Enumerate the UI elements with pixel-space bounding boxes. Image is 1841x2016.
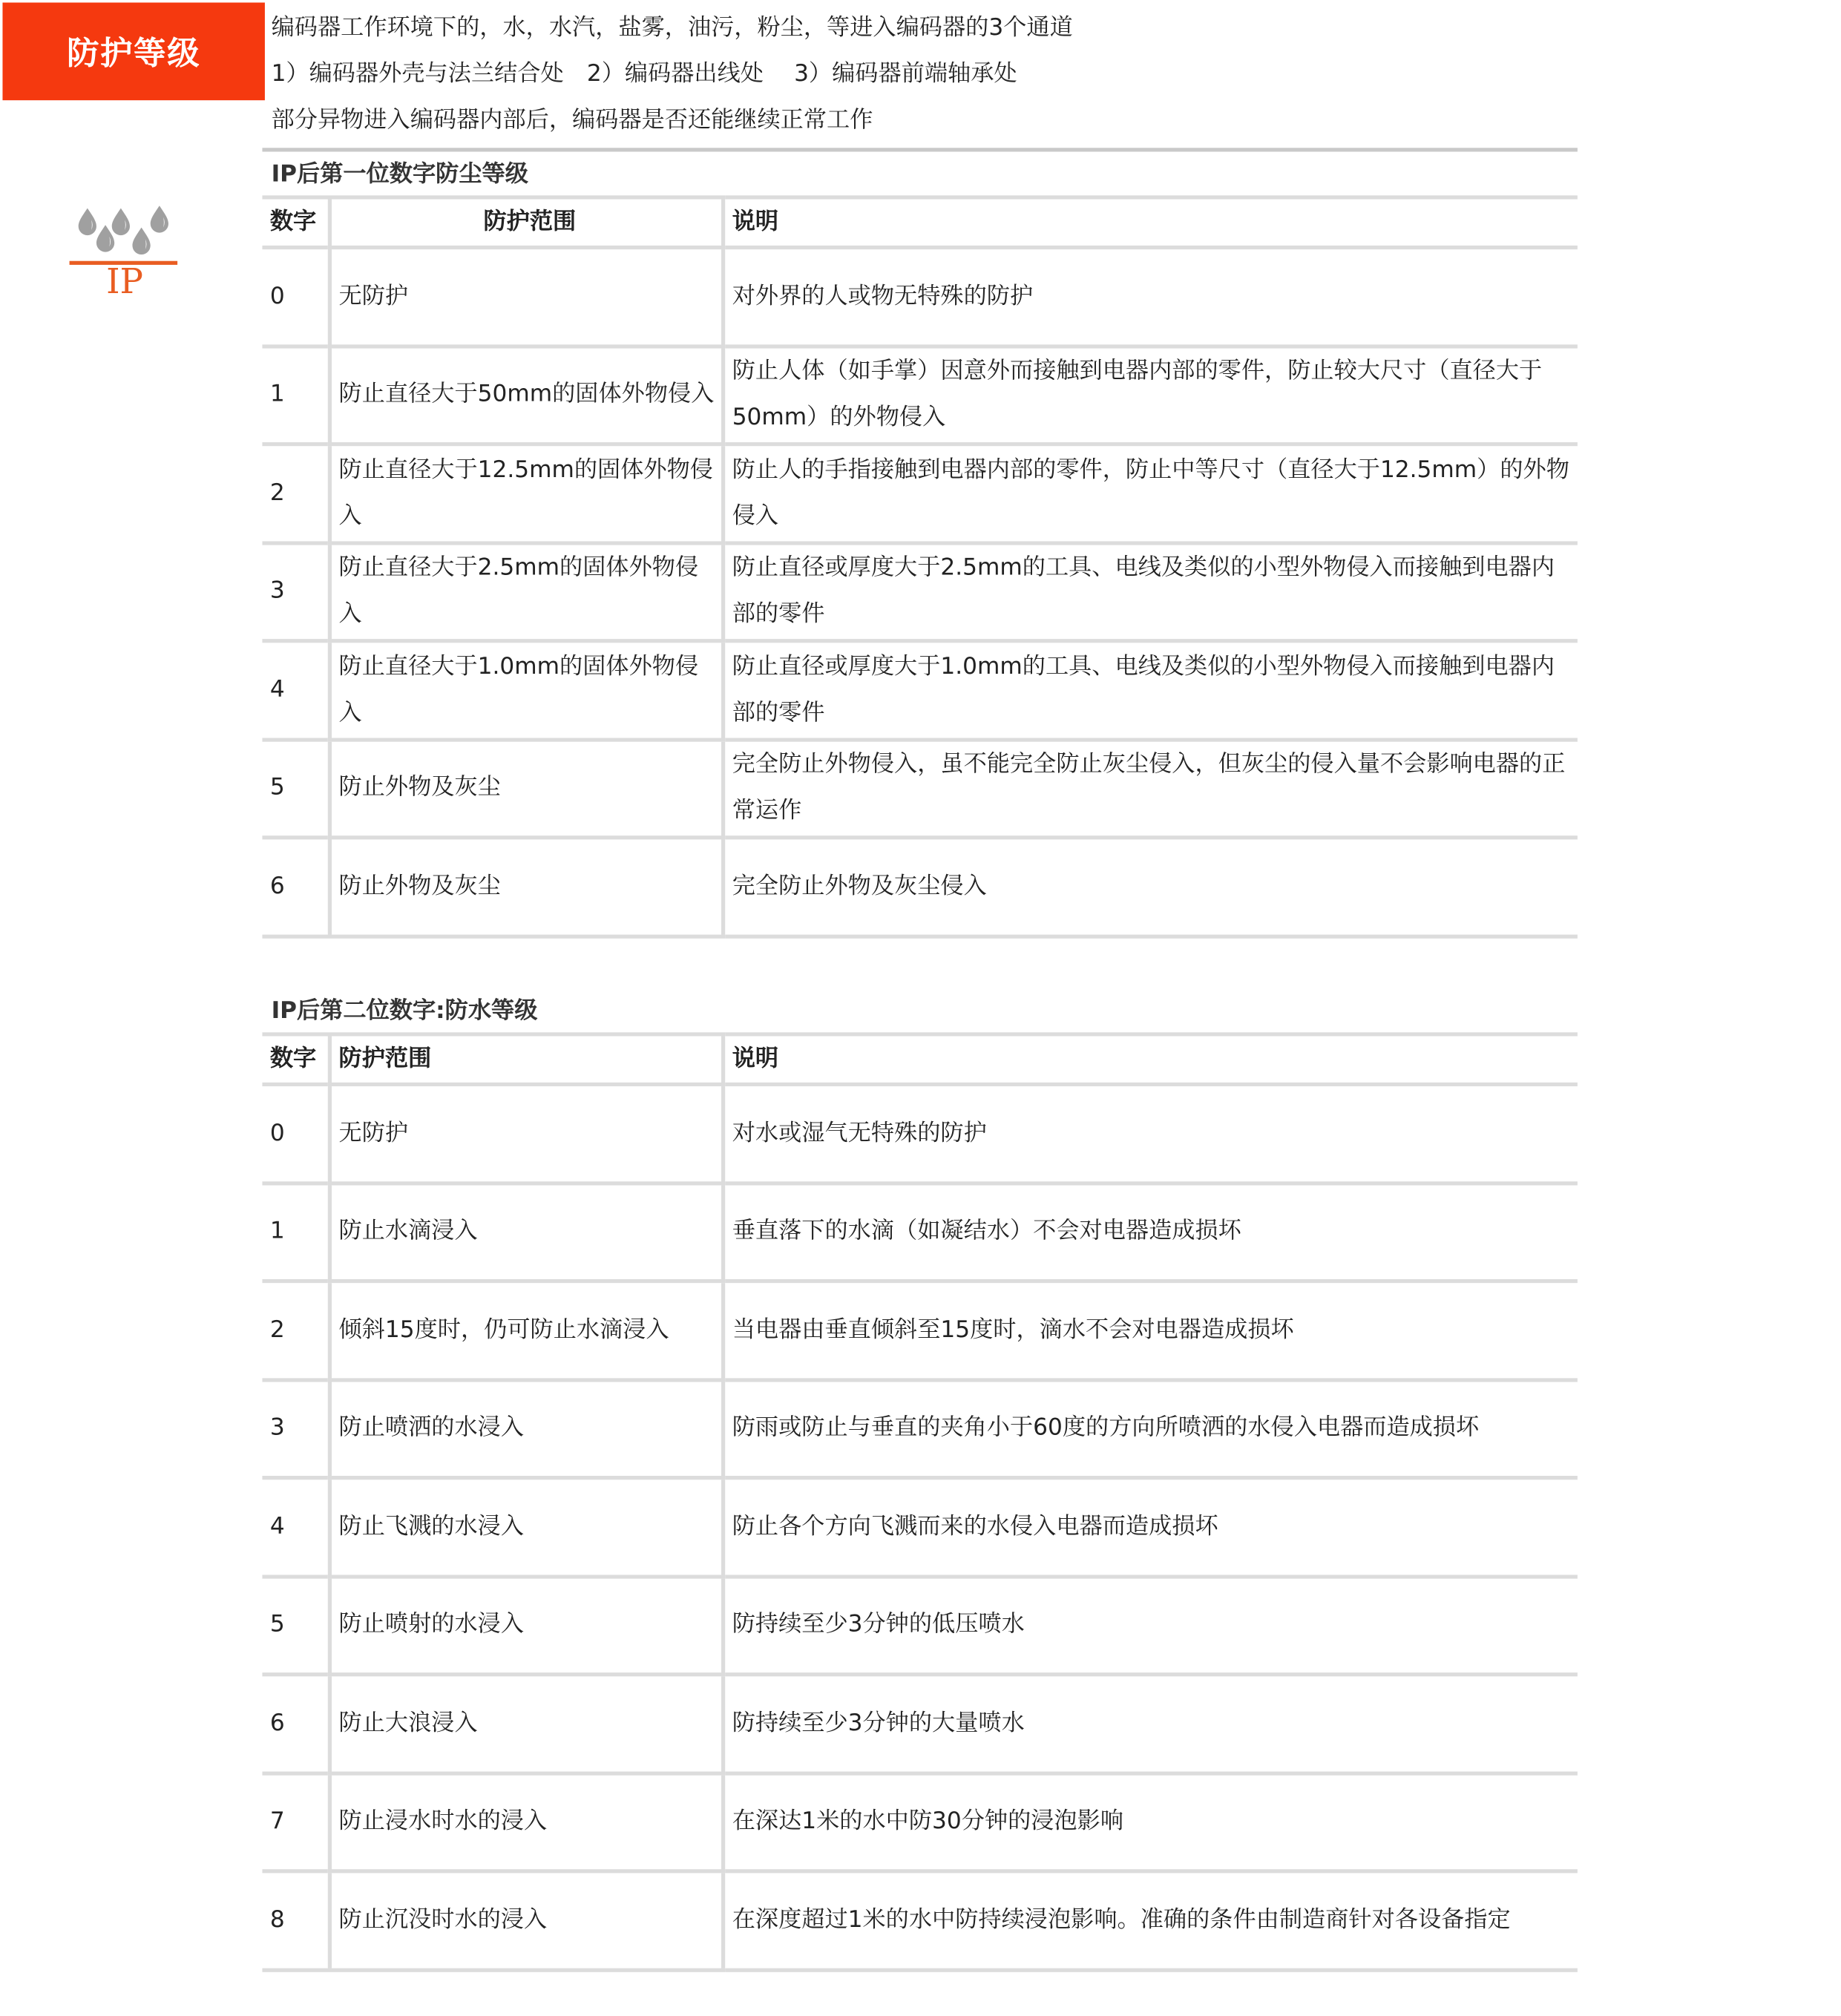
range-cell: 防止喷射的水浸入 <box>329 1576 723 1675</box>
desc-cell: 对水或湿气无特殊的防护 <box>723 1084 1578 1183</box>
divider <box>262 148 1577 151</box>
desc-cell: 防持续至少3分钟的低压喷水 <box>723 1576 1578 1675</box>
digit-cell: 6 <box>262 1675 329 1773</box>
digit-cell: 2 <box>262 444 329 543</box>
table-row: 6 防止大浪浸入 防持续至少3分钟的大量喷水 <box>262 1675 1577 1773</box>
range-cell: 防止直径大于12.5mm的固体外物侵入 <box>329 444 723 543</box>
range-cell: 防止水滴浸入 <box>329 1183 723 1281</box>
range-cell: 防止外物及灰尘 <box>329 838 723 936</box>
digit-cell: 1 <box>262 346 329 444</box>
digit-cell: 3 <box>262 542 329 641</box>
desc-cell: 完全防止外物侵入，虽不能完全防止灰尘侵入，但灰尘的侵入量不会影响电器的正常运作 <box>723 739 1578 838</box>
desc-cell: 防雨或防止与垂直的夹角小于60度的方向所喷洒的水侵入电器而造成损坏 <box>723 1379 1578 1478</box>
desc-cell: 在深度超过1米的水中防持续浸泡影响。准确的条件由制造商针对各设备指定 <box>723 1871 1578 1970</box>
range-cell: 防止飞溅的水浸入 <box>329 1478 723 1577</box>
desc-cell: 防止人体（如手掌）因意外而接触到电器内部的零件，防止较大尺寸（直径大于50mm）… <box>723 346 1578 444</box>
table-row: 4 防止直径大于1.0mm的固体外物侵入 防止直径或厚度大于1.0mm的工具、电… <box>262 641 1577 740</box>
header-digit: 数字 <box>262 197 329 248</box>
range-cell: 无防护 <box>329 248 723 347</box>
digit-cell: 0 <box>262 248 329 347</box>
digit-cell: 4 <box>262 641 329 740</box>
dust-table-title: IP后第一位数字防尘等级 <box>272 156 528 189</box>
table-row: 1 防止直径大于50mm的固体外物侵入 防止人体（如手掌）因意外而接触到电器内部… <box>262 346 1577 444</box>
digit-cell: 8 <box>262 1871 329 1970</box>
range-cell: 防止浸水时水的浸入 <box>329 1773 723 1871</box>
table-header-row: 数字 防护范围 说明 <box>262 197 1577 248</box>
desc-cell: 当电器由垂直倾斜至15度时，滴水不会对电器造成损坏 <box>723 1281 1578 1380</box>
intro-line-1: 编码器工作环境下的，水，水汽，盐雾，油污，粉尘，等进入编码器的3个通道 <box>272 9 1073 42</box>
digit-cell: 5 <box>262 739 329 838</box>
range-cell: 倾斜15度时，仍可防止水滴浸入 <box>329 1281 723 1380</box>
table-row: 5 防止喷射的水浸入 防持续至少3分钟的低压喷水 <box>262 1576 1577 1675</box>
desc-cell: 在深达1米的水中防30分钟的浸泡影响 <box>723 1773 1578 1871</box>
digit-cell: 5 <box>262 1576 329 1675</box>
table-row: 3 防止直径大于2.5mm的固体外物侵入 防止直径或厚度大于2.5mm的工具、电… <box>262 542 1577 641</box>
desc-cell: 防止直径或厚度大于2.5mm的工具、电线及类似的小型外物侵入而接触到电器内部的零… <box>723 542 1578 641</box>
ip-water-drops-icon: IP <box>67 203 183 306</box>
table-row: 2 倾斜15度时，仍可防止水滴浸入 当电器由垂直倾斜至15度时，滴水不会对电器造… <box>262 1281 1577 1380</box>
range-cell: 防止沉没时水的浸入 <box>329 1871 723 1970</box>
desc-cell: 防止人的手指接触到电器内部的零件，防止中等尺寸（直径大于12.5mm）的外物侵入 <box>723 444 1578 543</box>
header-digit: 数字 <box>262 1034 329 1085</box>
digit-cell: 6 <box>262 838 329 936</box>
dust-protection-table: 数字 防护范围 说明 0 无防护 对外界的人或物无特殊的防护 1 防止直径大于5… <box>262 195 1577 938</box>
header-desc: 说明 <box>723 197 1578 248</box>
desc-cell: 防持续至少3分钟的大量喷水 <box>723 1675 1578 1773</box>
ip-label: IP <box>67 262 183 302</box>
header-range: 防护范围 <box>329 197 723 248</box>
digit-cell: 7 <box>262 1773 329 1871</box>
table-row: 1 防止水滴浸入 垂直落下的水滴（如凝结水）不会对电器造成损坏 <box>262 1183 1577 1281</box>
table-row: 6 防止外物及灰尘 完全防止外物及灰尘侵入 <box>262 838 1577 936</box>
desc-cell: 垂直落下的水滴（如凝结水）不会对电器造成损坏 <box>723 1183 1578 1281</box>
table-header-row: 数字 防护范围 说明 <box>262 1034 1577 1085</box>
intro-line-3: 部分异物进入编码器内部后，编码器是否还能继续正常工作 <box>272 102 873 135</box>
table-row: 8 防止沉没时水的浸入 在深度超过1米的水中防持续浸泡影响。准确的条件由制造商针… <box>262 1871 1577 1970</box>
desc-cell: 完全防止外物及灰尘侵入 <box>723 838 1578 936</box>
header-range: 防护范围 <box>329 1034 723 1085</box>
banner-title: 防护等级 <box>67 28 200 74</box>
intro-line-2: 1）编码器外壳与法兰结合处 2）编码器出线处 3）编码器前端轴承处 <box>272 56 1017 89</box>
digit-cell: 2 <box>262 1281 329 1380</box>
page: 防护等级 编码器工作环境下的，水，水汽，盐雾，油污，粉尘，等进入编码器的3个通道… <box>0 0 1841 2016</box>
table-row: 3 防止喷洒的水浸入 防雨或防止与垂直的夹角小于60度的方向所喷洒的水侵入电器而… <box>262 1379 1577 1478</box>
water-table-title: IP后第二位数字:防水等级 <box>272 993 538 1026</box>
header-desc: 说明 <box>723 1034 1578 1085</box>
desc-cell: 防止直径或厚度大于1.0mm的工具、电线及类似的小型外物侵入而接触到电器内部的零… <box>723 641 1578 740</box>
range-cell: 防止喷洒的水浸入 <box>329 1379 723 1478</box>
desc-cell: 对外界的人或物无特殊的防护 <box>723 248 1578 347</box>
section-banner: 防护等级 <box>2 2 264 100</box>
table-row: 7 防止浸水时水的浸入 在深达1米的水中防30分钟的浸泡影响 <box>262 1773 1577 1871</box>
table-row: 0 无防护 对水或湿气无特殊的防护 <box>262 1084 1577 1183</box>
desc-cell: 防止各个方向飞溅而来的水侵入电器而造成损坏 <box>723 1478 1578 1577</box>
range-cell: 防止直径大于50mm的固体外物侵入 <box>329 346 723 444</box>
digit-cell: 4 <box>262 1478 329 1577</box>
water-drops-icon <box>67 203 183 261</box>
table-row: 5 防止外物及灰尘 完全防止外物侵入，虽不能完全防止灰尘侵入，但灰尘的侵入量不会… <box>262 739 1577 838</box>
digit-cell: 0 <box>262 1084 329 1183</box>
range-cell: 防止直径大于1.0mm的固体外物侵入 <box>329 641 723 740</box>
table-row: 4 防止飞溅的水浸入 防止各个方向飞溅而来的水侵入电器而造成损坏 <box>262 1478 1577 1577</box>
range-cell: 防止直径大于2.5mm的固体外物侵入 <box>329 542 723 641</box>
digit-cell: 3 <box>262 1379 329 1478</box>
table-row: 0 无防护 对外界的人或物无特殊的防护 <box>262 248 1577 347</box>
range-cell: 防止大浪浸入 <box>329 1675 723 1773</box>
table-row: 2 防止直径大于12.5mm的固体外物侵入 防止人的手指接触到电器内部的零件，防… <box>262 444 1577 543</box>
range-cell: 防止外物及灰尘 <box>329 739 723 838</box>
digit-cell: 1 <box>262 1183 329 1281</box>
water-protection-table: 数字 防护范围 说明 0 无防护 对水或湿气无特殊的防护 1 防止水滴浸入 垂直… <box>262 1032 1577 1971</box>
range-cell: 无防护 <box>329 1084 723 1183</box>
